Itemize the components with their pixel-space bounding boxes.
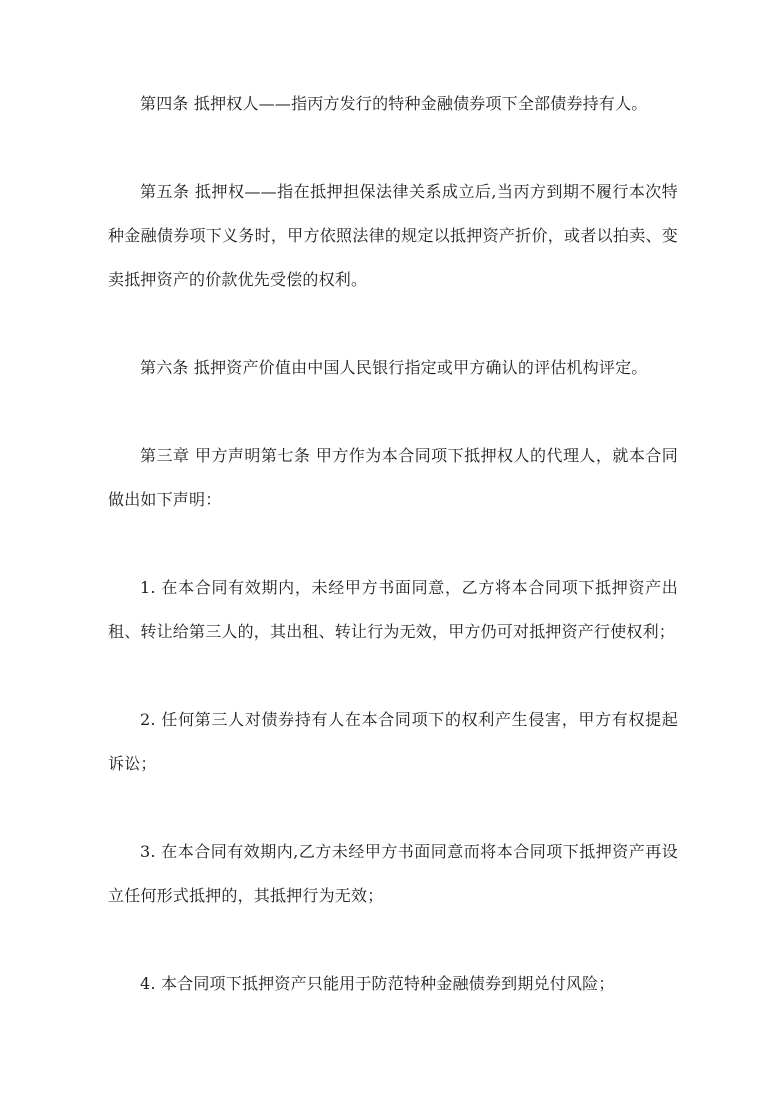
paragraph-article-4: 第四条 抵押权人——指丙方发行的特种金融债券项下全部债券持有人。 <box>108 82 678 126</box>
paragraph-chapter-3-article-7: 第三章 甲方声明第七条 甲方作为本合同项下抵押权人的代理人，就本合同做出如下声明… <box>108 434 678 522</box>
paragraph-declaration-item-2: 2. 任何第三人对债券持有人在本合同项下的权利产生侵害，甲方有权提起诉讼； <box>108 698 678 786</box>
paragraph-declaration-item-4: 4. 本合同项下抵押资产只能用于防范特种金融债券到期兑付风险； <box>108 962 678 1006</box>
document-page: 第四条 抵押权人——指丙方发行的特种金融债券项下全部债券持有人。 第五条 抵押权… <box>0 0 774 1095</box>
paragraph-article-5: 第五条 抵押权——指在抵押担保法律关系成立后,当丙方到期不履行本次特种金融债券项… <box>108 170 678 302</box>
paragraph-article-6: 第六条 抵押资产价值由中国人民银行指定或甲方确认的评估机构评定。 <box>108 346 678 390</box>
paragraph-declaration-item-3: 3. 在本合同有效期内,乙方未经甲方书面同意而将本合同项下抵押资产再设立任何形式… <box>108 830 678 918</box>
paragraph-declaration-item-1: 1. 在本合同有效期内，未经甲方书面同意，乙方将本合同项下抵押资产出租、转让给第… <box>108 566 678 654</box>
